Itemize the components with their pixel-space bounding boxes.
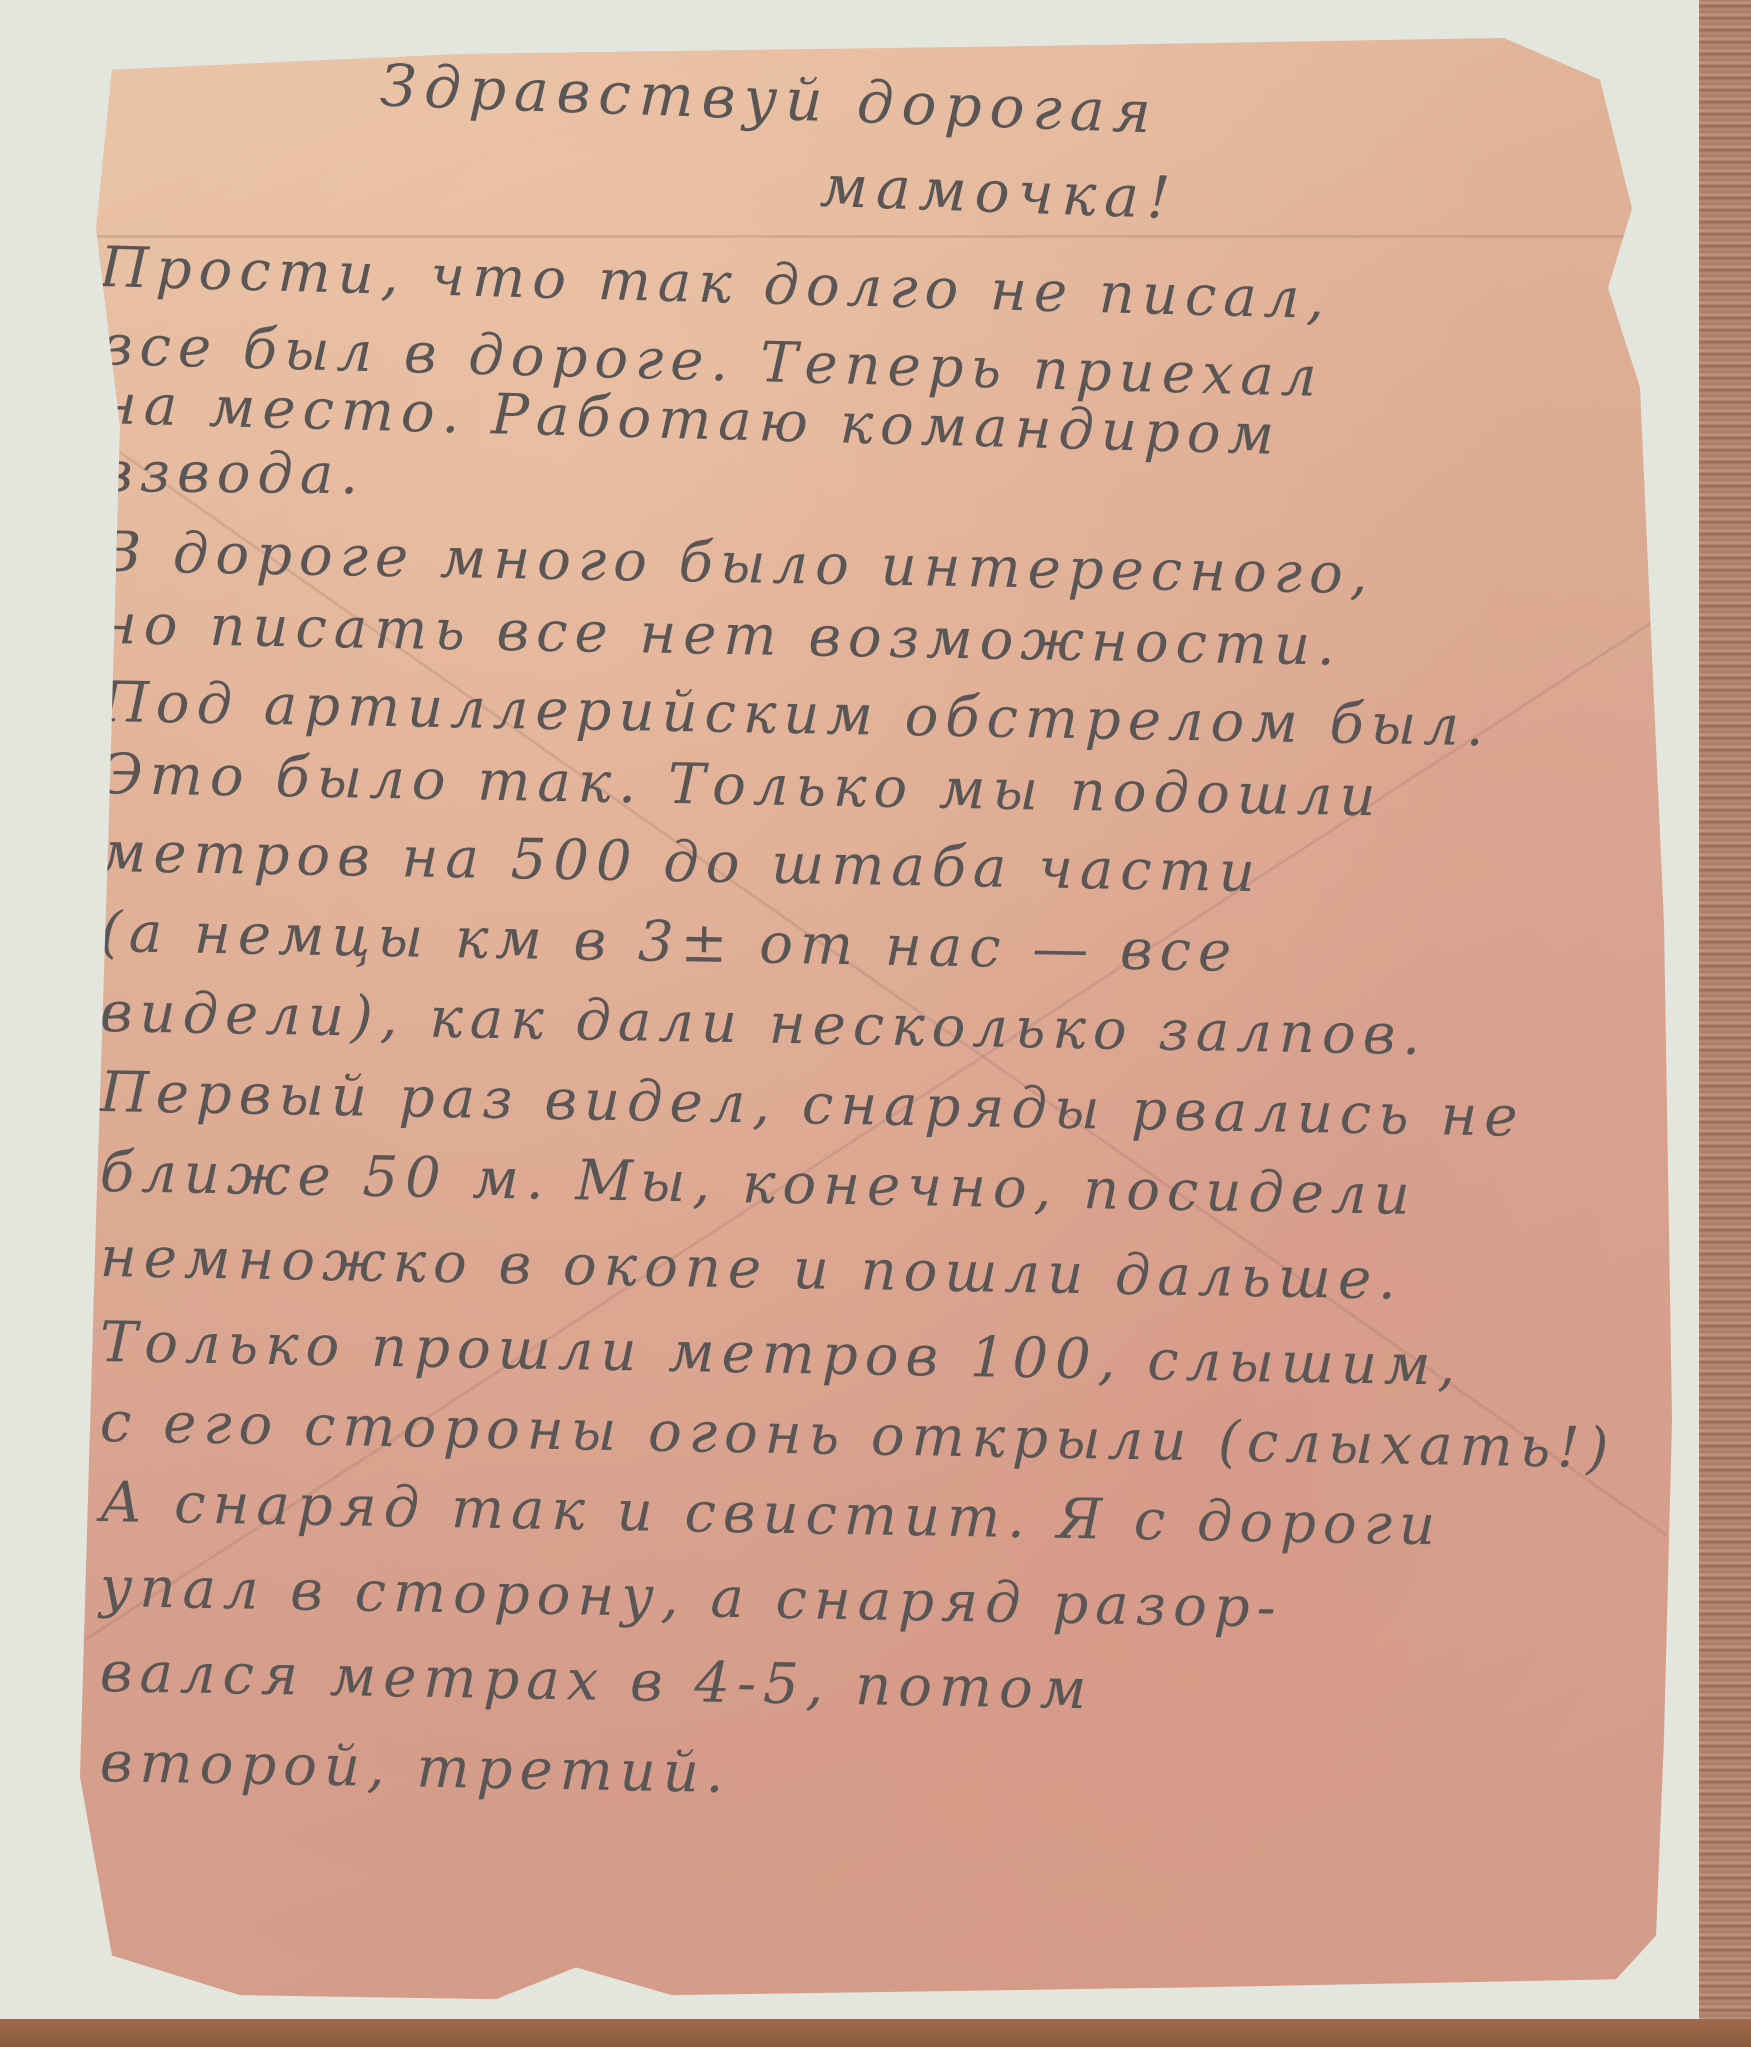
letter-line: видели), как дали несколько залпов. bbox=[99, 980, 1427, 1068]
letter-line: (а немцы км в 3± от нас — все bbox=[99, 900, 1238, 985]
letter-line: вался метрах в 4-5, потом bbox=[99, 1640, 1093, 1722]
letter-line: с его стороны огонь открыли (слыхать!) bbox=[99, 1390, 1616, 1481]
letter-line: Это было так. Только мы подошли bbox=[99, 742, 1383, 829]
wood-table-bottom bbox=[0, 2019, 1751, 2047]
letter-line: но писать все нет возможности. bbox=[99, 592, 1342, 679]
letter-line: ближе 50 м. Мы, конечно, посидели bbox=[99, 1140, 1417, 1228]
letter-paper: Здравствуй дорогая мамочка! Прости, что … bbox=[80, 30, 1680, 2015]
wood-table-edge bbox=[1699, 0, 1751, 2047]
letter-line: второй, третий. bbox=[99, 1730, 731, 1806]
letter-line: метров на 500 до штаба части bbox=[99, 820, 1262, 905]
letter-line: упал в сторону, а снаряд разор- bbox=[99, 1555, 1283, 1641]
letter-line: А снаряд так и свистит. Я с дороги bbox=[99, 1470, 1442, 1558]
letter-line: взвода. bbox=[100, 440, 366, 507]
letter-text: Здравствуй дорогая мамочка! Прости, что … bbox=[80, 30, 1680, 2015]
greeting-line-2: мамочка! bbox=[819, 152, 1179, 232]
letter-line: немножко в окопе и пошли дальше. bbox=[99, 1225, 1403, 1313]
letter-line: В дороге много было интересного, bbox=[99, 520, 1375, 607]
greeting-line-1: Здравствуй дорогая bbox=[379, 51, 1160, 146]
letter-line: Только прошли метров 100, слышим, bbox=[99, 1310, 1462, 1399]
letter-line: Первый раз видел, снаряды рвались не bbox=[99, 1060, 1525, 1150]
